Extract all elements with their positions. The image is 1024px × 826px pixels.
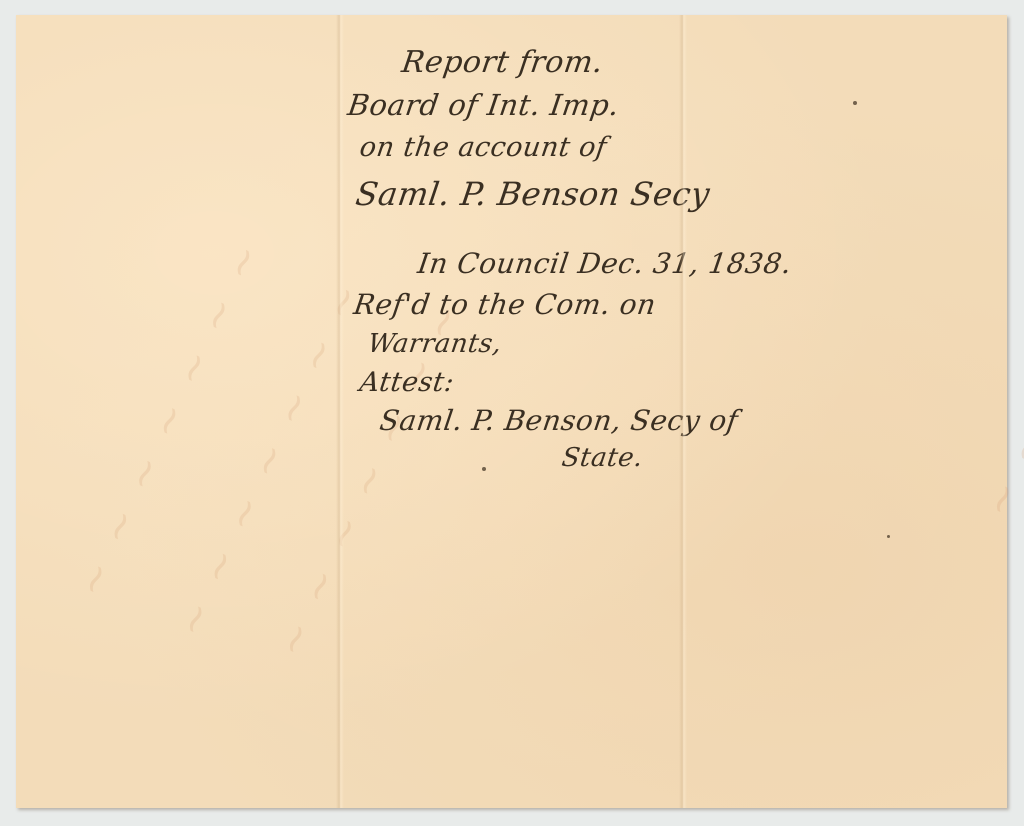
ink-speck	[853, 101, 857, 105]
docket-title-line-2: Board of Int. Imp.	[346, 88, 622, 122]
right-panel: ~ ~ ~ ~ ~ ~ ~	[683, 15, 1007, 808]
docket-panel: Report from. Board of Int. Imp. on the a…	[340, 15, 683, 808]
docket-title-line-4: Saml. P. Benson Secy	[353, 175, 712, 213]
document-sheet: ~ ~ ~ ~ ~ ~ ~ ~ ~ ~ ~ ~ ~ ~ ~ ~ ~ ~ ~ ~ …	[16, 15, 1007, 808]
ink-speck	[482, 467, 486, 471]
left-panel: ~ ~ ~ ~ ~ ~ ~ ~ ~ ~ ~ ~ ~ ~ ~ ~ ~ ~ ~ ~ …	[16, 15, 340, 808]
endorsement-signature-title: State.	[560, 443, 645, 473]
endorsement-line-2: Ref'd to the Com. on	[352, 288, 658, 321]
ink-speck	[887, 535, 890, 538]
faint-showthrough-writing: ~ ~ ~ ~ ~ ~ ~	[974, 152, 1024, 524]
docket-title-line-1: Report from.	[400, 45, 606, 80]
endorsement-line-4: Attest:	[358, 367, 456, 398]
endorsement-line-3: Warrants,	[366, 329, 504, 359]
docket-title-line-3: on the account of	[358, 132, 609, 163]
